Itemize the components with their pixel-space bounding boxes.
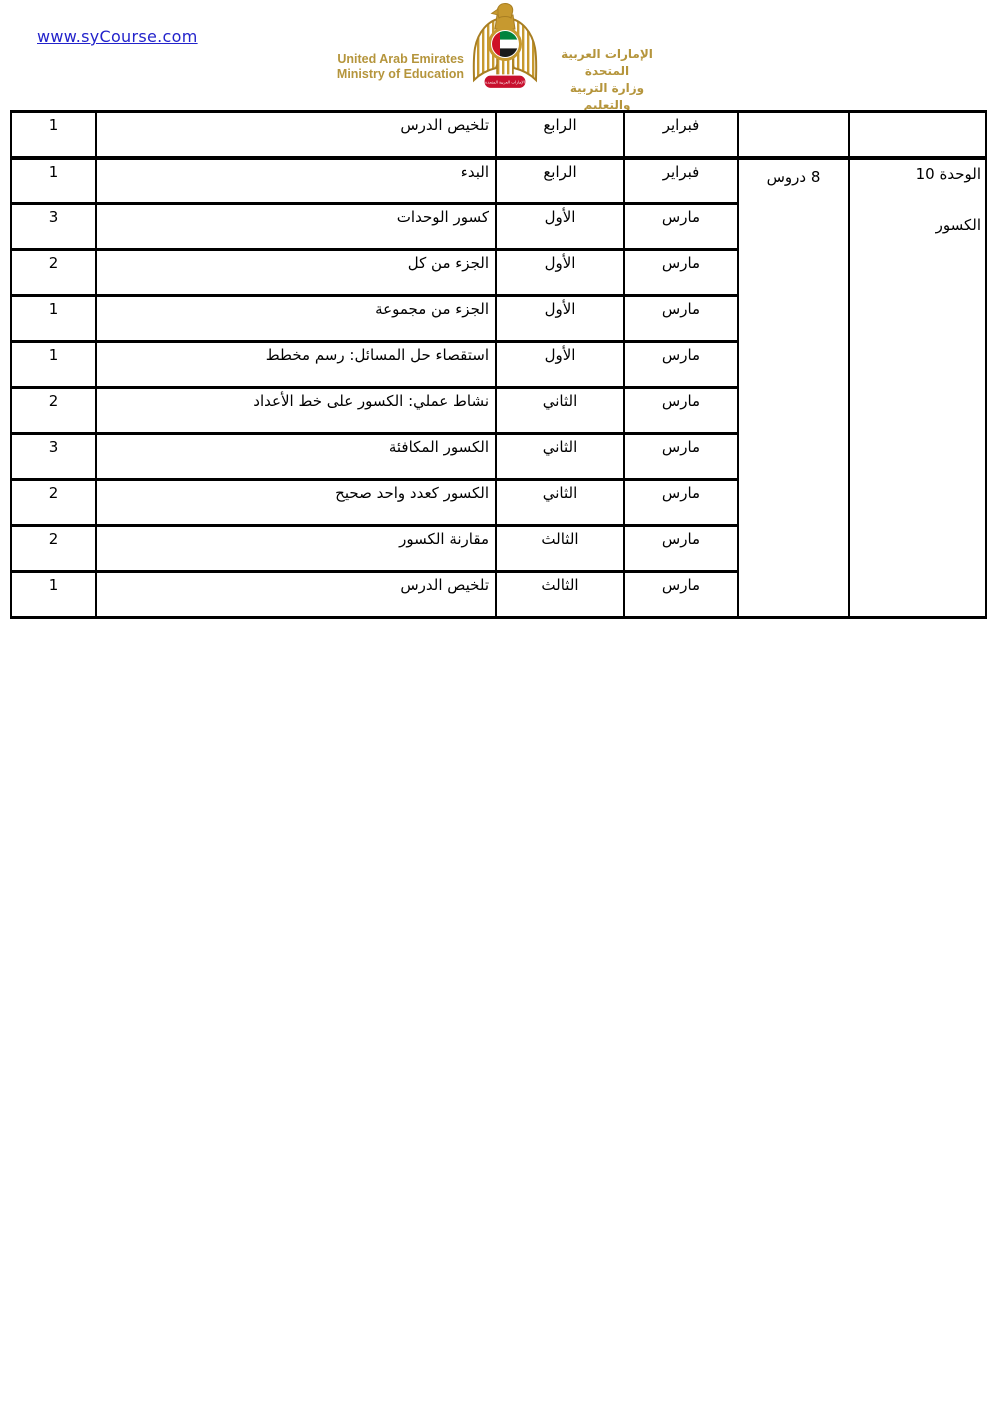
month-cell: مارس xyxy=(624,434,738,480)
lessons-empty-cell xyxy=(738,112,849,158)
periods-cell: 3 xyxy=(11,204,96,250)
week-cell: الثاني xyxy=(496,388,624,434)
lesson-title-cell: مقارنة الكسور xyxy=(96,526,496,572)
periods-cell: 1 xyxy=(11,158,96,204)
month-cell: مارس xyxy=(624,526,738,572)
table-row: 1تلخيص الدرسالرابعفبراير xyxy=(11,112,986,158)
periods-cell: 1 xyxy=(11,572,96,618)
month-cell: مارس xyxy=(624,388,738,434)
lesson-title-cell: الجزء من كل xyxy=(96,250,496,296)
lesson-title-cell: استقصاء حل المسائل: رسم مخطط xyxy=(96,342,496,388)
periods-cell: 1 xyxy=(11,112,96,158)
table-row: 1البدءالرابعفبراير8 دروسالوحدة 10الكسور xyxy=(11,158,986,204)
periods-cell: 1 xyxy=(11,296,96,342)
periods-cell: 2 xyxy=(11,526,96,572)
periods-cell: 3 xyxy=(11,434,96,480)
site-link[interactable]: www.syCourse.com xyxy=(37,27,198,46)
ministry-en-line2: Ministry of Education xyxy=(336,67,464,82)
periods-cell: 2 xyxy=(11,388,96,434)
month-cell: مارس xyxy=(624,342,738,388)
uae-falcon-emblem-logo: الإمارات العربية المتحدة xyxy=(462,2,548,94)
week-cell: الرابع xyxy=(496,158,624,204)
lesson-title-cell: الكسور كعدد واحد صحيح xyxy=(96,480,496,526)
document-page: { "site_link": { "text": "www.syCourse.c… xyxy=(0,0,992,1403)
month-cell: مارس xyxy=(624,296,738,342)
ministry-ar-line2: وزارة التربية والتعليم xyxy=(548,80,666,114)
ministry-name-arabic: الإمارات العربية المتحدة وزارة التربية و… xyxy=(548,46,666,114)
ministry-en-line1: United Arab Emirates xyxy=(336,52,464,67)
month-cell: مارس xyxy=(624,572,738,618)
week-cell: الأول xyxy=(496,296,624,342)
lesson-title-cell: الكسور المكافئة xyxy=(96,434,496,480)
ministry-ar-line1: الإمارات العربية المتحدة xyxy=(548,46,666,80)
week-cell: الرابع xyxy=(496,112,624,158)
unit-number-label: الوحدة 10 xyxy=(854,165,981,183)
unit-empty-cell xyxy=(849,112,986,158)
week-cell: الأول xyxy=(496,342,624,388)
month-cell: مارس xyxy=(624,250,738,296)
lesson-title-cell: كسور الوحدات xyxy=(96,204,496,250)
lesson-schedule-table: 1تلخيص الدرسالرابعفبراير1البدءالرابعفبرا… xyxy=(10,110,987,619)
lesson-title-cell: الجزء من مجموعة xyxy=(96,296,496,342)
week-cell: الثاني xyxy=(496,480,624,526)
month-cell: مارس xyxy=(624,480,738,526)
lesson-title-cell: نشاط عملي: الكسور على خط الأعداد xyxy=(96,388,496,434)
lessons-count-cell: 8 دروس xyxy=(738,158,849,618)
unit-title-label: الكسور xyxy=(854,216,981,234)
week-cell: الأول xyxy=(496,204,624,250)
periods-cell: 2 xyxy=(11,480,96,526)
lesson-title-cell: تلخيص الدرس xyxy=(96,572,496,618)
week-cell: الثالث xyxy=(496,526,624,572)
falcon-body xyxy=(495,15,515,29)
month-cell: فبراير xyxy=(624,158,738,204)
ministry-name-english: United Arab Emirates Ministry of Educati… xyxy=(336,52,464,82)
week-cell: الثاني xyxy=(496,434,624,480)
falcon-beak xyxy=(492,9,499,15)
month-cell: فبراير xyxy=(624,112,738,158)
periods-cell: 1 xyxy=(11,342,96,388)
week-cell: الثالث xyxy=(496,572,624,618)
unit-name-cell: الوحدة 10الكسور xyxy=(849,158,986,618)
month-cell: مارس xyxy=(624,204,738,250)
periods-cell: 2 xyxy=(11,250,96,296)
week-cell: الأول xyxy=(496,250,624,296)
lesson-title-cell: البدء xyxy=(96,158,496,204)
schedule-table-body: 1تلخيص الدرسالرابعفبراير1البدءالرابعفبرا… xyxy=(11,112,986,618)
lesson-title-cell: تلخيص الدرس xyxy=(96,112,496,158)
falcon-head xyxy=(497,4,512,19)
